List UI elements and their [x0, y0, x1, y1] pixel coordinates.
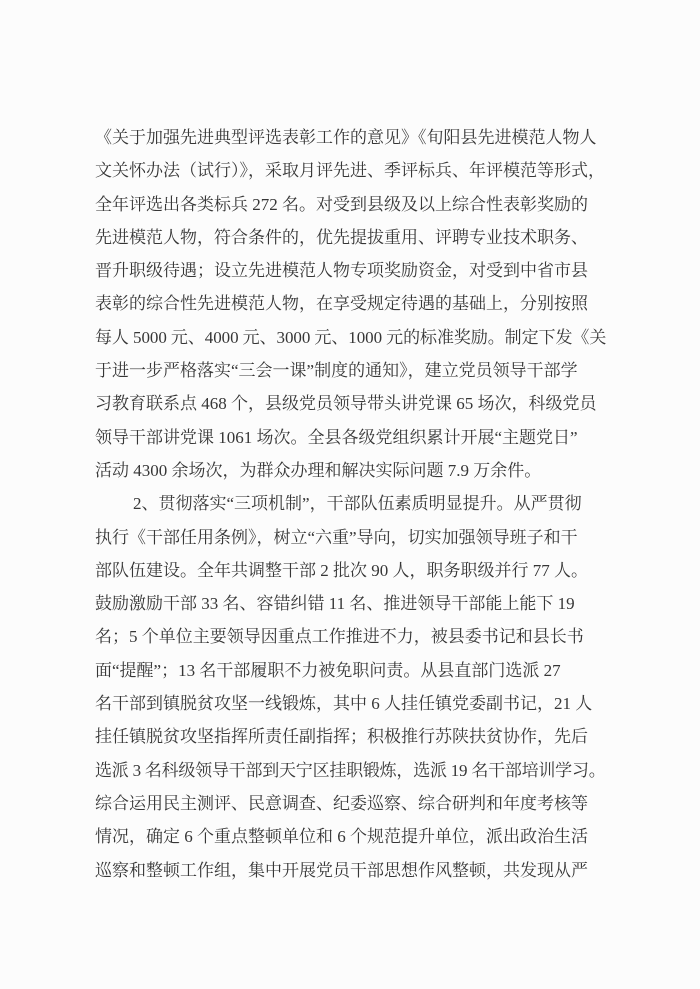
text-block: 《关于加强先进典型评选表彰工作的意见》《旬阳县先进模范人物人文关怀办法（试行）》… — [95, 121, 606, 887]
text-line: 每人 5000 元、4000 元、3000 元、1000 元的标准奖励。制定下发… — [95, 321, 606, 354]
text-line: 先进模范人物，符合条件的，优先提拔重用、评聘专业技术职务、 — [95, 221, 606, 254]
text-line: 名干部到镇脱贫攻坚一线锻炼，其中 6 人挂任镇党委副书记，21 人 — [95, 687, 606, 720]
text-line: 于进一步严格落实“三会一课”制度的通知》，建立党员领导干部学 — [95, 354, 606, 387]
text-line: 情况，确定 6 个重点整顿单位和 6 个规范提升单位，派出政治生活 — [95, 820, 606, 853]
text-line: 表彰的综合性先进模范人物，在享受规定待遇的基础上，分别按照 — [95, 287, 606, 320]
text-line: 活动 4300 余场次，为群众办理和解决实际问题 7.9 万余件。 — [95, 454, 606, 487]
text-line: 面“提醒”；13 名干部履职不力被免职问责。从县直部门选派 27 — [95, 654, 606, 687]
text-line: 挂任镇脱贫攻坚指挥所责任副指挥；积极推行苏陕扶贫协作，先后 — [95, 720, 606, 753]
text-line: 巡察和整顿工作组，集中开展党员干部思想作风整顿，共发现从严 — [95, 854, 606, 887]
text-line: 执行《干部任用条例》，树立“六重”导向，切实加强领导班子和干 — [95, 521, 606, 554]
text-line: 晋升职级待遇；设立先进模范人物专项奖励资金，对受到中省市县 — [95, 254, 606, 287]
text-line: 领导干部讲党课 1061 场次。全县各级党组织累计开展“主题党日” — [95, 421, 606, 454]
text-line: 2、贯彻落实“三项机制”，干部队伍素质明显提升。从严贯彻 — [95, 487, 606, 520]
text-line: 选派 3 名科级领导干部到天宁区挂职锻炼，选派 19 名干部培训学习。 — [95, 754, 606, 787]
text-line: 文关怀办法（试行）》，采取月评先进、季评标兵、年评模范等形式， — [95, 154, 606, 187]
text-line: 全年评选出各类标兵 272 名。对受到县级及以上综合性表彰奖励的 — [95, 188, 606, 221]
text-line: 名；5 个单位主要领导因重点工作推进不力，被县委书记和县长书 — [95, 620, 606, 653]
text-line: 部队伍建设。全年共调整干部 2 批次 90 人，职务职级并行 77 人。 — [95, 554, 606, 587]
text-line: 《关于加强先进典型评选表彰工作的意见》《旬阳县先进模范人物人 — [95, 121, 606, 154]
text-line: 综合运用民主测评、民意调查、纪委巡察、综合研判和年度考核等 — [95, 787, 606, 820]
document-page: 《关于加强先进典型评选表彰工作的意见》《旬阳县先进模范人物人文关怀办法（试行）》… — [0, 0, 700, 989]
text-line: 鼓励激励干部 33 名、容错纠错 11 名、推进领导干部能上能下 19 — [95, 587, 606, 620]
text-line: 习教育联系点 468 个，县级党员领导带头讲党课 65 场次，科级党员 — [95, 387, 606, 420]
